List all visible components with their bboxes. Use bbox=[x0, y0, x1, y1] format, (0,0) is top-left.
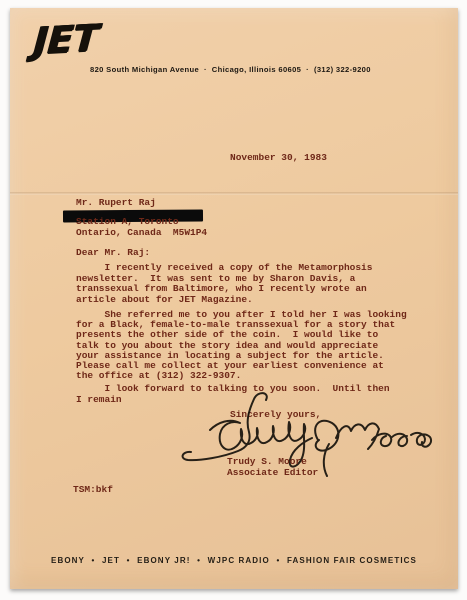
date-line: November 30, 1983 bbox=[230, 153, 327, 164]
footer-brands: EBONY • JET • EBONY JR! • WJPC RADIO • F… bbox=[10, 556, 458, 565]
recipient-region-line: Ontario, Canada M5W1P4 bbox=[76, 228, 207, 239]
recipient-city-line: Station A, Toronto bbox=[76, 217, 179, 228]
body-paragraph-2: She referred me to you after I told her … bbox=[76, 310, 407, 381]
jet-logo: JET bbox=[32, 18, 99, 61]
body-paragraph-1: I recently received a copy of the Metamo… bbox=[76, 263, 372, 305]
recipient-name: Mr. Rupert Raj bbox=[76, 198, 156, 209]
fold-crease bbox=[10, 192, 458, 195]
salutation: Dear Mr. Raj: bbox=[76, 248, 150, 259]
signature-stroke-last-name bbox=[336, 423, 431, 449]
typed-title: Associate Editor bbox=[227, 468, 318, 479]
letterhead-address: 820 South Michigan Avenue · Chicago, Ill… bbox=[90, 65, 371, 74]
letter-page: JET 820 South Michigan Avenue · Chicago,… bbox=[10, 8, 458, 589]
typed-name: Trudy S. Moore bbox=[227, 457, 307, 468]
reference-initials: TSM:bkf bbox=[73, 485, 113, 496]
signature-stroke-initial bbox=[315, 421, 338, 476]
scan-background: JET 820 South Michigan Avenue · Chicago,… bbox=[0, 0, 467, 600]
